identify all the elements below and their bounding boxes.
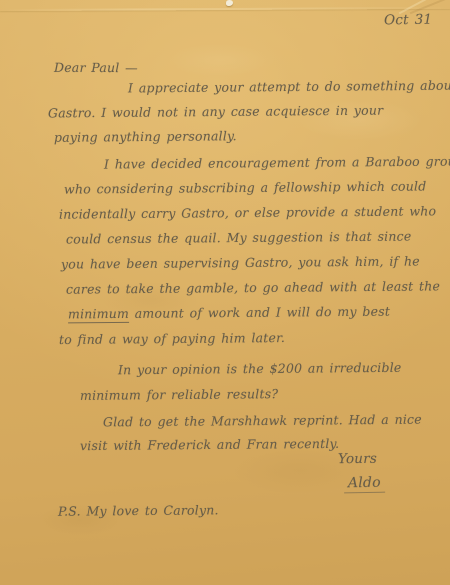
letter-line: Gastro. I would not in any case acquiesc…: [48, 103, 383, 121]
letter-line: minimum for reliable results?: [80, 386, 278, 403]
letter-line: visit with Frederick and Fran recently.: [80, 436, 339, 453]
letter-date: Oct 31: [384, 13, 432, 29]
letter-line: I appreciate your attempt to do somethin…: [128, 78, 450, 96]
postscript: P.S. My love to Carolyn.: [58, 502, 219, 518]
letter-line: could census the quail. My suggestion is…: [66, 228, 412, 246]
letter-line: incidentally carry Gastro, or else provi…: [59, 203, 436, 221]
signature-aldo: Aldo: [344, 476, 385, 494]
letter-line: you have been supervising Gastro, you as…: [61, 253, 420, 271]
letter-paper: Oct 31 Dear Paul — I appreciate your att…: [0, 0, 450, 585]
letter-line: Glad to get the Marshhawk reprint. Had a…: [103, 412, 422, 430]
letter-line: I have decided encouragement from a Bara…: [104, 153, 450, 171]
paper-chip-tear: [226, 0, 233, 6]
letter-line: who considering subscribing a fellowship…: [64, 178, 426, 196]
closing-yours: Yours: [338, 452, 377, 467]
letter-line: minimum amount of work and I will do my …: [68, 304, 390, 322]
letter-line-rest: amount of work and I will do my best: [129, 304, 390, 321]
underlined-word-minimum: minimum: [68, 306, 129, 323]
salutation: Dear Paul —: [54, 60, 138, 75]
letter-line: to find a way of paying him later.: [59, 330, 285, 347]
letter-line: paying anything personally.: [54, 128, 237, 145]
letter-line: cares to take the gamble, to go ahead wi…: [66, 278, 440, 296]
letter-line: In your opinion is the $200 an irreducib…: [118, 360, 402, 377]
paper-crease-horizontal: [0, 7, 450, 11]
